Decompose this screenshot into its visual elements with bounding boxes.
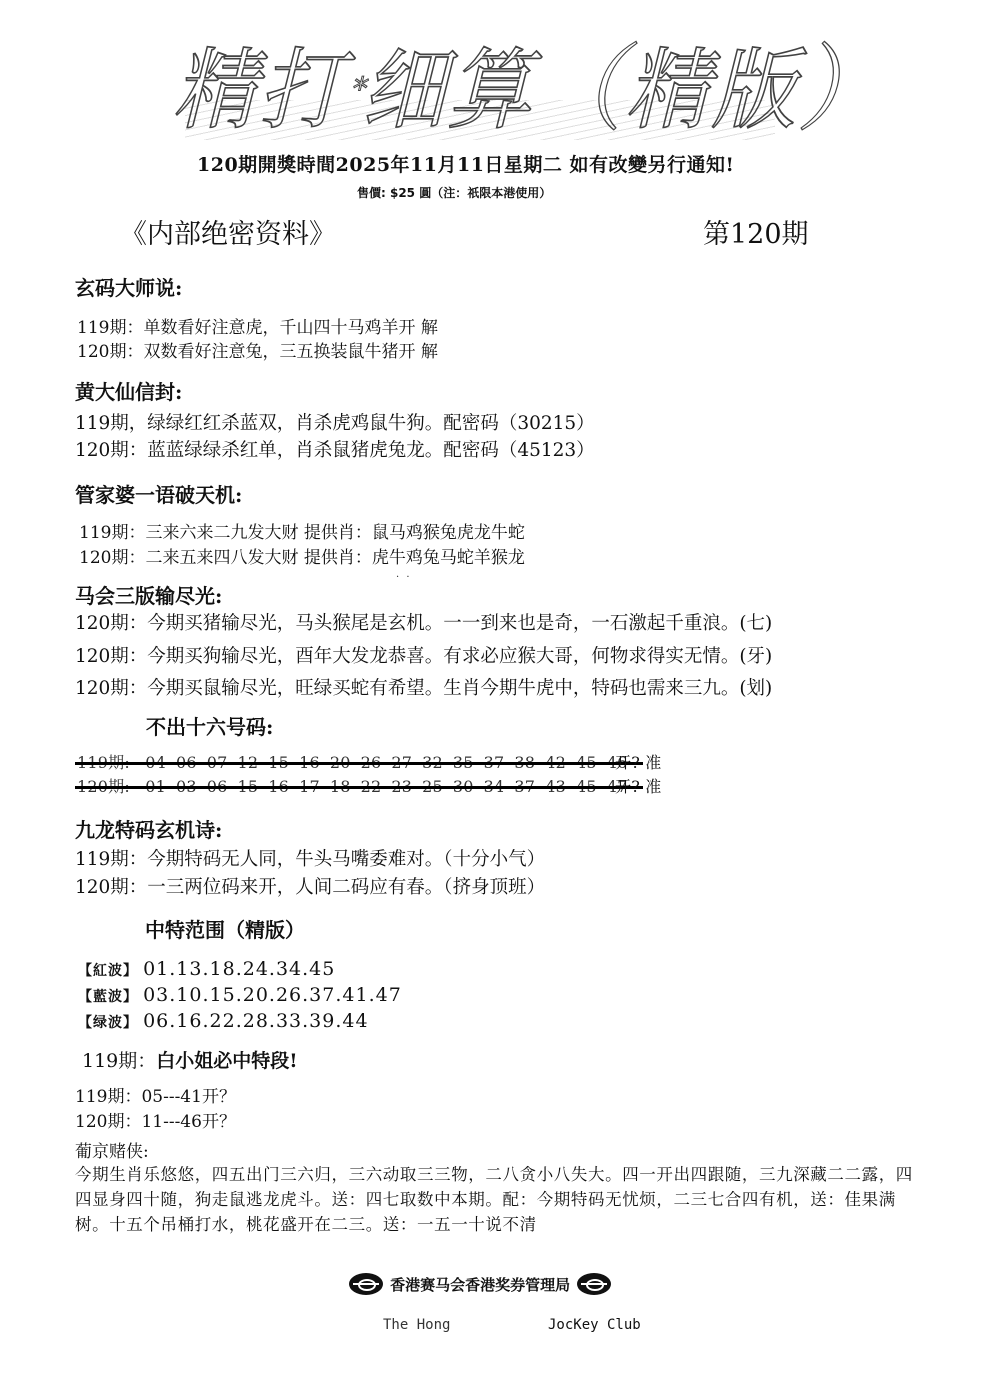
jockey-club-emblem-icon [577, 1273, 611, 1295]
footer-org-name: 香港赛马会香港奖券管理局 [390, 1276, 570, 1294]
wave-row-green: 【绿波】 06.16.22.28.33.39.44 [78, 1010, 369, 1032]
number: 30 [453, 777, 474, 796]
number: 45 [576, 753, 597, 772]
section-heading-huangdaxian: 黄大仙信封: [75, 376, 182, 405]
wave-numbers: 03.10.15.20.26.37.41.47 [143, 984, 402, 1006]
number: 37 [514, 777, 535, 796]
number: 15 [238, 777, 259, 796]
number: 32 [422, 753, 443, 772]
stray-dots: · · [396, 572, 412, 583]
price-note: 售價: $25 圓（注：祇限本港使用） [357, 184, 551, 201]
period-label: 119期: [77, 753, 130, 772]
result-marker: 开? 准 [615, 774, 661, 797]
guanjiapo-line: 120期：二来五来四八发大财 提供肖：虎牛鸡兔马蛇羊猴龙 [79, 543, 525, 568]
section-heading-pujing: 葡京赌侠: [75, 1137, 149, 1162]
number: 45 [576, 777, 597, 796]
number: 06 [207, 777, 228, 796]
wave-numbers: 01.13.18.24.34.45 [143, 958, 335, 980]
footer-en-left: The Hong [383, 1317, 450, 1333]
huangdaxian-line: 119期，绿绿红红杀蓝双，肖杀虎鸡鼠牛狗。配密码（30215） [75, 409, 595, 435]
draw-date-notice: 120期開獎時間2025年11月11日星期二 如有改變另行通知! [197, 150, 734, 177]
number: 17 [299, 777, 320, 796]
section-heading-jiulong: 九龙特码玄机诗: [75, 814, 222, 843]
number: 34 [484, 777, 505, 796]
wave-row-blue: 【藍波】 03.10.15.20.26.37.41.47 [78, 984, 402, 1006]
number: 16 [268, 777, 289, 796]
document-title: 《内部绝密资料》 [120, 212, 336, 251]
number: 42 [545, 753, 566, 772]
wave-label: 【紅波】 [78, 963, 138, 979]
period-label: 120期: [77, 777, 130, 796]
number: 04 [145, 753, 166, 772]
number: 01 [145, 777, 166, 796]
mahui-line: 120期：今期买鼠输尽光，旺绿买蛇有希望。生肖今期牛虎中，特码也需来三九。(划) [75, 674, 772, 700]
mahui-line: 120期：今期买狗输尽光，酉年大发龙恭喜。有求必应猴大哥，何物求得实无情。(牙) [75, 642, 772, 668]
number: 12 [238, 753, 259, 772]
period-label: 119期： [82, 1050, 156, 1072]
section-heading-baixiaojie: 119期：白小姐必中特段! [82, 1046, 298, 1073]
jockey-club-emblem-icon [349, 1273, 383, 1295]
number: 16 [299, 753, 320, 772]
struck-number-list: 119期: 04060712151620262732353738424546 [77, 750, 641, 773]
section-heading-guanjiapo: 管家婆一语破天机: [75, 479, 242, 508]
heading-text: 白小姐必中特段! [156, 1050, 297, 1072]
number: 35 [453, 753, 474, 772]
wave-label: 【藍波】 [78, 989, 138, 1005]
number: 22 [361, 777, 382, 796]
guanjiapo-line: 119期：三来六来二九发大财 提供肖：鼠马鸡猴兔虎龙牛蛇 [79, 518, 525, 543]
section-heading-xuanma: 玄码大师说: [75, 272, 182, 301]
number: 26 [361, 753, 382, 772]
excluded-numbers-row: 119期: 04060712151620262732353738424546 开… [77, 750, 697, 772]
number: 20 [330, 753, 351, 772]
section-heading-mahui: 马会三版输尽光: [75, 580, 222, 609]
number: 06 [176, 753, 197, 772]
baixiaojie-line: 120期：11---46开？ [75, 1107, 236, 1132]
mahui-line: 120期：今期买猪输尽光，马头猴尾是玄机。一一到来也是奇，一石激起千重浪。(七) [75, 609, 772, 635]
wave-label: 【绿波】 [78, 1015, 138, 1031]
section-heading-zhongte: 中特范围（精版） [145, 914, 305, 943]
number: 43 [545, 777, 566, 796]
result-marker: 开? 准 [615, 750, 661, 773]
wave-row-red: 【紅波】 01.13.18.24.34.45 [78, 958, 335, 980]
number: 38 [514, 753, 535, 772]
number: 07 [207, 753, 228, 772]
number: 15 [268, 753, 289, 772]
number: 37 [484, 753, 505, 772]
section-heading-buchu: 不出十六号码: [146, 711, 273, 740]
wave-numbers: 06.16.22.28.33.39.44 [143, 1010, 368, 1032]
struck-number-list: 120期: 01030615161718222325303437434547 [77, 774, 641, 797]
masthead-title: 精 打 * 细 算 （ 精 版 ） [180, 25, 780, 140]
number: 03 [176, 777, 197, 796]
number: 25 [422, 777, 443, 796]
footer-org: 香港赛马会香港奖券管理局 [349, 1273, 611, 1295]
huangdaxian-line: 120期：蓝蓝绿绿杀红单，肖杀鼠猪虎兔龙。配密码（45123） [75, 436, 595, 462]
excluded-numbers-row: 120期: 01030615161718222325303437434547 开… [77, 774, 697, 796]
baixiaojie-line: 119期：05---41开？ [75, 1082, 236, 1107]
jiulong-line: 119期：今期特码无人同，牛头马嘴委难对。（十分小气） [75, 845, 545, 871]
pujing-paragraph: 今期生肖乐悠悠，四五出门三六归，三六动取三三物，二八贪小八失大。四一开出四跟随，… [75, 1162, 925, 1237]
xuanma-line: 120期：双数看好注意兔，三五换装鼠牛猪开 解 [77, 337, 438, 362]
xuanma-line: 119期：单数看好注意虎，千山四十马鸡羊开 解 [77, 313, 438, 338]
number: 23 [391, 777, 412, 796]
number: 18 [330, 777, 351, 796]
footer-en-right: JocKey Club [548, 1317, 641, 1333]
jiulong-line: 120期：一三两位码来开，人间二码应有春。（挤身顶班） [75, 873, 545, 899]
issue-number: 第120期 [703, 212, 809, 251]
number: 27 [391, 753, 412, 772]
